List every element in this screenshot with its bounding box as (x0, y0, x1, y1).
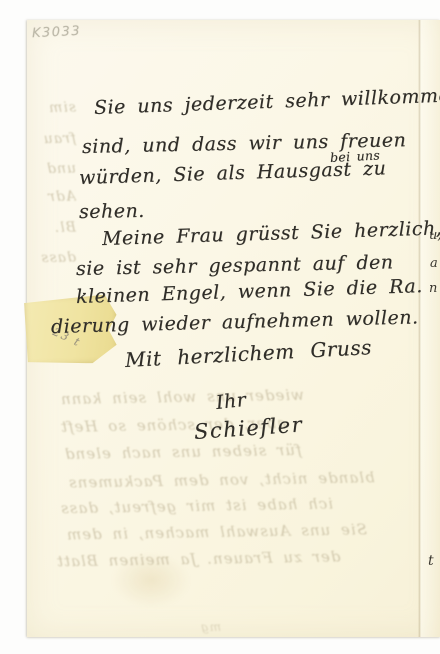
neighbor-page-ink-mark: n (429, 281, 437, 296)
paper-stain (112, 552, 190, 608)
neighbor-page-ink-mark: a (430, 256, 438, 271)
neighbor-page-edge (421, 20, 440, 637)
letter-scan: K3033 23 t Sie uns jederzeit sehr willko… (0, 0, 440, 654)
catalog-number-pencil: K3033 (32, 24, 82, 42)
letter-line: sehen. (79, 200, 145, 223)
neighbor-page-ink-mark: t (428, 553, 434, 569)
letter-valediction: Ihr (215, 389, 247, 414)
